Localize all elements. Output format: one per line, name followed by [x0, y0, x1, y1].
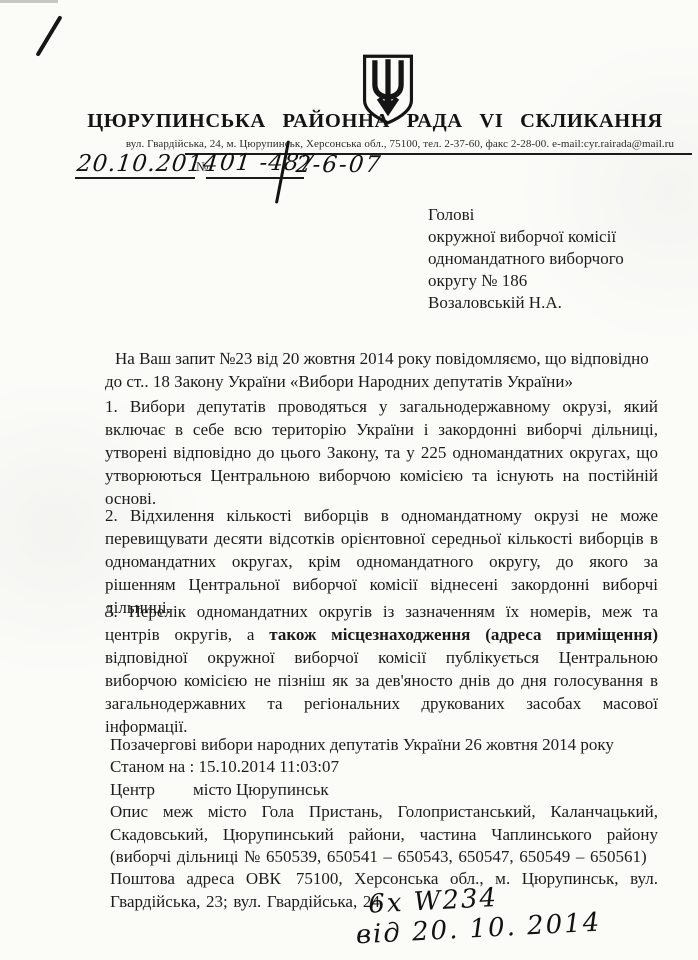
handwritten-reg-number-suffix: 2-6-07 [295, 152, 384, 178]
reg-number-underline [206, 177, 304, 179]
paragraph-1: 1. Вибори депутатів проводяться у загаль… [105, 395, 658, 510]
scan-edge-smudge [0, 0, 58, 3]
addressee-line: окружної виборчої комісії [428, 226, 624, 248]
addressee-block: Голові окружної виборчої комісії одноман… [428, 204, 624, 314]
addressee-line: округу № 186 [428, 270, 624, 292]
center-label: Центр [110, 779, 193, 801]
addressee-line: одномандатного виборчого [428, 248, 624, 270]
center-line: Центрмісто Цюрупинськ [110, 779, 658, 801]
handwritten-slash-mark [35, 15, 62, 56]
postal-label: Поштова адреса ОВК [110, 869, 296, 888]
election-title-line: Позачергові вибори народних депутатів Ук… [110, 734, 658, 756]
addressee-line: Голові [428, 204, 624, 226]
reg-date-underline [75, 177, 195, 179]
addressee-line: Возаловській Н.А. [428, 292, 624, 314]
paragraph-3: 3. Перелік одномандатних округів із зазн… [105, 600, 658, 738]
number-sign: № [196, 159, 208, 175]
org-address-line: вул. Гвардійська, 24, м. Цюрупинськ, Хер… [104, 138, 696, 150]
center-value: місто Цюрупинськ [193, 780, 329, 799]
paragraph-3-text: відповідної окружної виборчої комісії пу… [105, 648, 658, 736]
intro-paragraph: На Ваш запит №23 від 20 жовтня 2014 року… [105, 347, 658, 393]
handwritten-note: 6х W234 від 20. 10. 2014 [354, 878, 602, 951]
paragraph-3-bold-text: також місцезнаходження (адреса приміщенн… [269, 625, 658, 644]
org-title: ЦЮРУПИНСЬКА РАЙОННА РАДА VI СКЛИКАННЯ [62, 110, 688, 133]
borders-label: Опис меж [110, 802, 208, 821]
borders-description: Опис межмісто Гола Пристань, Голопристан… [110, 801, 658, 868]
as-of-line: Станом на : 15.10.2014 11:03:07 [110, 756, 658, 778]
